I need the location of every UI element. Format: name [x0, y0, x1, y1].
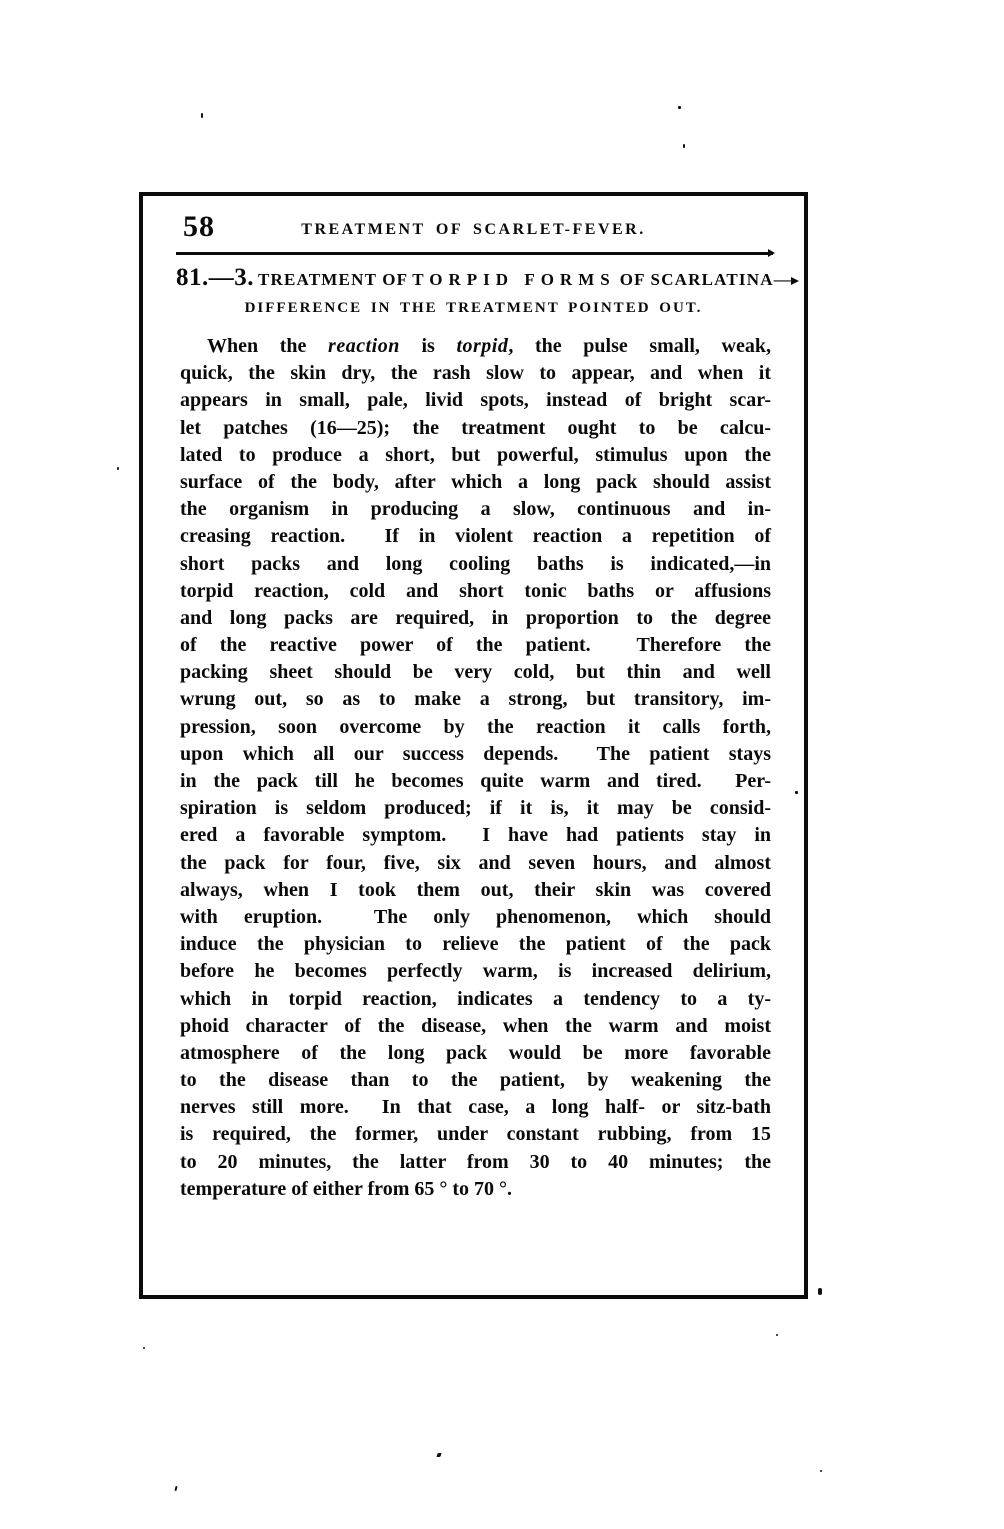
body-line: to 20 minutes, the latter from 30 to 40 …	[180, 1149, 771, 1176]
page-frame: 58 TREATMENT OF SCARLET-FEVER. 81.—3. TR…	[139, 192, 808, 1299]
body-line: of the reactive power of the patient. Th…	[180, 632, 771, 659]
scan-speck	[117, 467, 119, 470]
body-line: to the disease than to the patient, by w…	[180, 1067, 771, 1094]
scanned-page-background: 58 TREATMENT OF SCARLET-FEVER. 81.—3. TR…	[0, 0, 1004, 1529]
body-line: upon which all our success depends. The …	[180, 741, 771, 768]
body-line: induce the physician to relieve the pati…	[180, 931, 771, 958]
body-text: When the reaction is torpid, the pulse s…	[180, 333, 771, 1203]
body-line: appears in small, pale, livid spots, ins…	[180, 387, 771, 414]
body-line: the pack for four, five, six and seven h…	[180, 850, 771, 877]
body-line: always, when I took them out, their skin…	[180, 877, 771, 904]
body-line: in the pack till he becomes quite warm a…	[180, 768, 771, 795]
body-line: pression, soon overcome by the reaction …	[180, 714, 771, 741]
body-line: lated to produce a short, but powerful, …	[180, 442, 771, 469]
body-line: which in torpid reaction, indicates a te…	[180, 986, 771, 1013]
body-line: temperature of either from 65 ° to 70 °.	[180, 1176, 771, 1203]
section-heading-part1: TREATMENT OF	[258, 270, 408, 289]
body-line: phoid character of the disease, when the…	[180, 1013, 771, 1040]
body-line: with eruption. The only phenomenon, whic…	[180, 904, 771, 931]
scan-speck	[436, 1453, 441, 1457]
scan-speck	[776, 1334, 778, 1336]
body-line: atmosphere of the long pack would be mor…	[180, 1040, 771, 1067]
scan-speck	[820, 1470, 822, 1472]
body-line: torpid reaction, cold and short tonic ba…	[180, 578, 771, 605]
scan-speck	[201, 113, 203, 118]
body-line: spiration is seldom produced; if it is, …	[180, 795, 771, 822]
section-heading-line2: DIFFERENCE IN THE TREATMENT POINTED OUT.	[143, 300, 804, 317]
scan-speck	[143, 1347, 145, 1349]
section-number: 81.—3.	[176, 264, 254, 291]
body-line: When the reaction is torpid, the pulse s…	[180, 333, 771, 360]
body-line: let patches (16—25); the treatment ought…	[180, 415, 771, 442]
body-line: nerves still more. In that case, a long …	[180, 1094, 771, 1121]
scan-speck	[795, 791, 798, 794]
body-line: ered a favorable symptom. I have had pat…	[180, 822, 771, 849]
body-line: short packs and long cooling baths is in…	[180, 551, 771, 578]
body-line: surface of the body, after which a long …	[180, 469, 771, 496]
scan-speck	[683, 144, 685, 148]
running-header: TREATMENT OF SCARLET-FEVER.	[143, 221, 804, 239]
section-heading-line1: 81.—3. TREATMENT OF TORPID FORMS OF SCAR…	[176, 264, 773, 292]
body-line: wrung out, so as to make a strong, but t…	[180, 686, 771, 713]
body-line: the organism in producing a slow, contin…	[180, 496, 771, 523]
body-line: before he becomes perfectly warm, is inc…	[180, 958, 771, 985]
scan-speck	[174, 1486, 177, 1491]
body-line: creasing reaction. If in violent reactio…	[180, 523, 771, 550]
body-line: packing sheet should be very cold, but t…	[180, 659, 771, 686]
scan-speck	[818, 1288, 822, 1295]
scan-speck	[678, 106, 681, 109]
body-line: quick, the skin dry, the rash slow to ap…	[180, 360, 771, 387]
section-heading-part2: OF SCARLATINA—	[620, 270, 799, 289]
body-line: and long packs are required, in proporti…	[180, 605, 771, 632]
header-rule	[176, 252, 773, 255]
body-line: is required, the former, under constant …	[180, 1121, 771, 1148]
section-heading-spaced: TORPID FORMS	[412, 270, 615, 289]
